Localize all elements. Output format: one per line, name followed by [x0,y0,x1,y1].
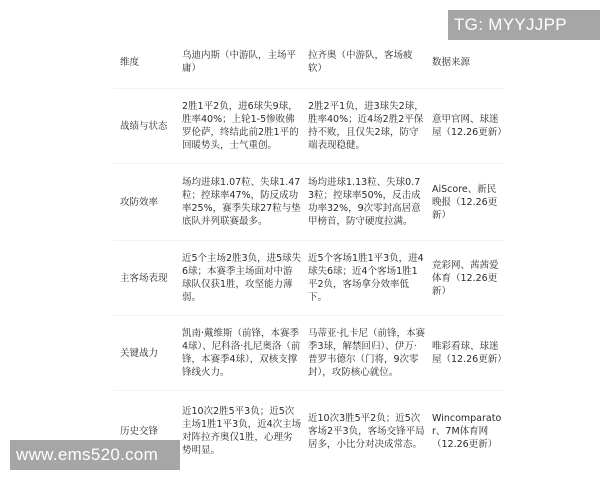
cell-udinese: 近10次2胜5平3负；近5次主场1胜1平3负，近4次主场对阵拉齐奥仅1胜，心理劣… [179,391,305,472]
table-row: 关键战力 凯南·戴维斯（前锋，本赛季4球）、尼科洛·扎尼奥洛（前锋，本赛季4球）… [114,316,505,391]
cell-source: AiScore、新民晚报（12.26更新） [429,164,505,241]
table-header-row: 维度 乌迪内斯（中游队，主场平庸） 拉齐奥（中游队，客场疲软） 数据来源 [114,36,505,89]
header-lazio: 拉齐奥（中游队，客场疲软） [305,36,429,89]
cell-dimension: 攻防效率 [114,164,179,241]
cell-lazio: 近10次3胜5平2负；近5次客场2平3负，客场交锋平局居多，小比分对决成常态。 [305,391,429,472]
cell-source: 竞彩网、茜茜爱体育（12.26更新） [429,241,505,316]
cell-udinese: 凯南·戴维斯（前锋，本赛季4球）、尼科洛·扎尼奥洛（前锋，本赛季4球），双核支撑… [179,316,305,391]
cell-dimension: 关键战力 [114,316,179,391]
cell-lazio: 马蒂亚·扎卡尼（前锋，本赛季3球，解禁回归）、伊万·普罗韦德尔（门将，9次零封）… [305,316,429,391]
cell-dimension: 战绩与状态 [114,89,179,164]
cell-source: 意甲官网、球迷屋（12.26更新） [429,89,505,164]
cell-udinese: 近5个主场2胜3负，进5球失6球；本赛季主场面对中游球队仅获1胜，攻坚能力薄弱。 [179,241,305,316]
header-source: 数据来源 [429,36,505,89]
cell-lazio: 2胜2平1负，进3球失2球，胜率40%；近4场2胜2平保持不败，且仅失2球，防守… [305,89,429,164]
watermark-top-right: TG: MYYJJPP [448,10,600,40]
watermark-bottom-left: www.ems520.com [10,440,180,470]
cell-lazio: 场均进球1.13粒、失球0.73粒；控球率50%，反击成功率32%，9次零封高居… [305,164,429,241]
cell-source: Wincomparator、7M体育网（12.26更新） [429,391,505,472]
header-dimension: 维度 [114,36,179,89]
comparison-table: 维度 乌迪内斯（中游队，主场平庸） 拉齐奥（中游队，客场疲软） 数据来源 战绩与… [114,36,505,471]
table-row: 主客场表现 近5个主场2胜3负，进5球失6球；本赛季主场面对中游球队仅获1胜，攻… [114,241,505,316]
cell-dimension: 主客场表现 [114,241,179,316]
cell-udinese: 2胜1平2负，进6球失9球，胜率40%；上轮1-5惨败佛罗伦萨，终结此前2胜1平… [179,89,305,164]
cell-lazio: 近5个客场1胜1平3负，进4球失6球；近4个客场1胜1平2负，客场拿分效率低下。 [305,241,429,316]
header-udinese: 乌迪内斯（中游队，主场平庸） [179,36,305,89]
table-row: 攻防效率 场均进球1.07粒、失球1.47粒；控球率47%，防反成功率25%，赛… [114,164,505,241]
table-row: 战绩与状态 2胜1平2负，进6球失9球，胜率40%；上轮1-5惨败佛罗伦萨，终结… [114,89,505,164]
cell-source: 唯彩看球、球迷屋（12.26更新） [429,316,505,391]
cell-udinese: 场均进球1.07粒、失球1.47粒；控球率47%，防反成功率25%，赛季失球27… [179,164,305,241]
